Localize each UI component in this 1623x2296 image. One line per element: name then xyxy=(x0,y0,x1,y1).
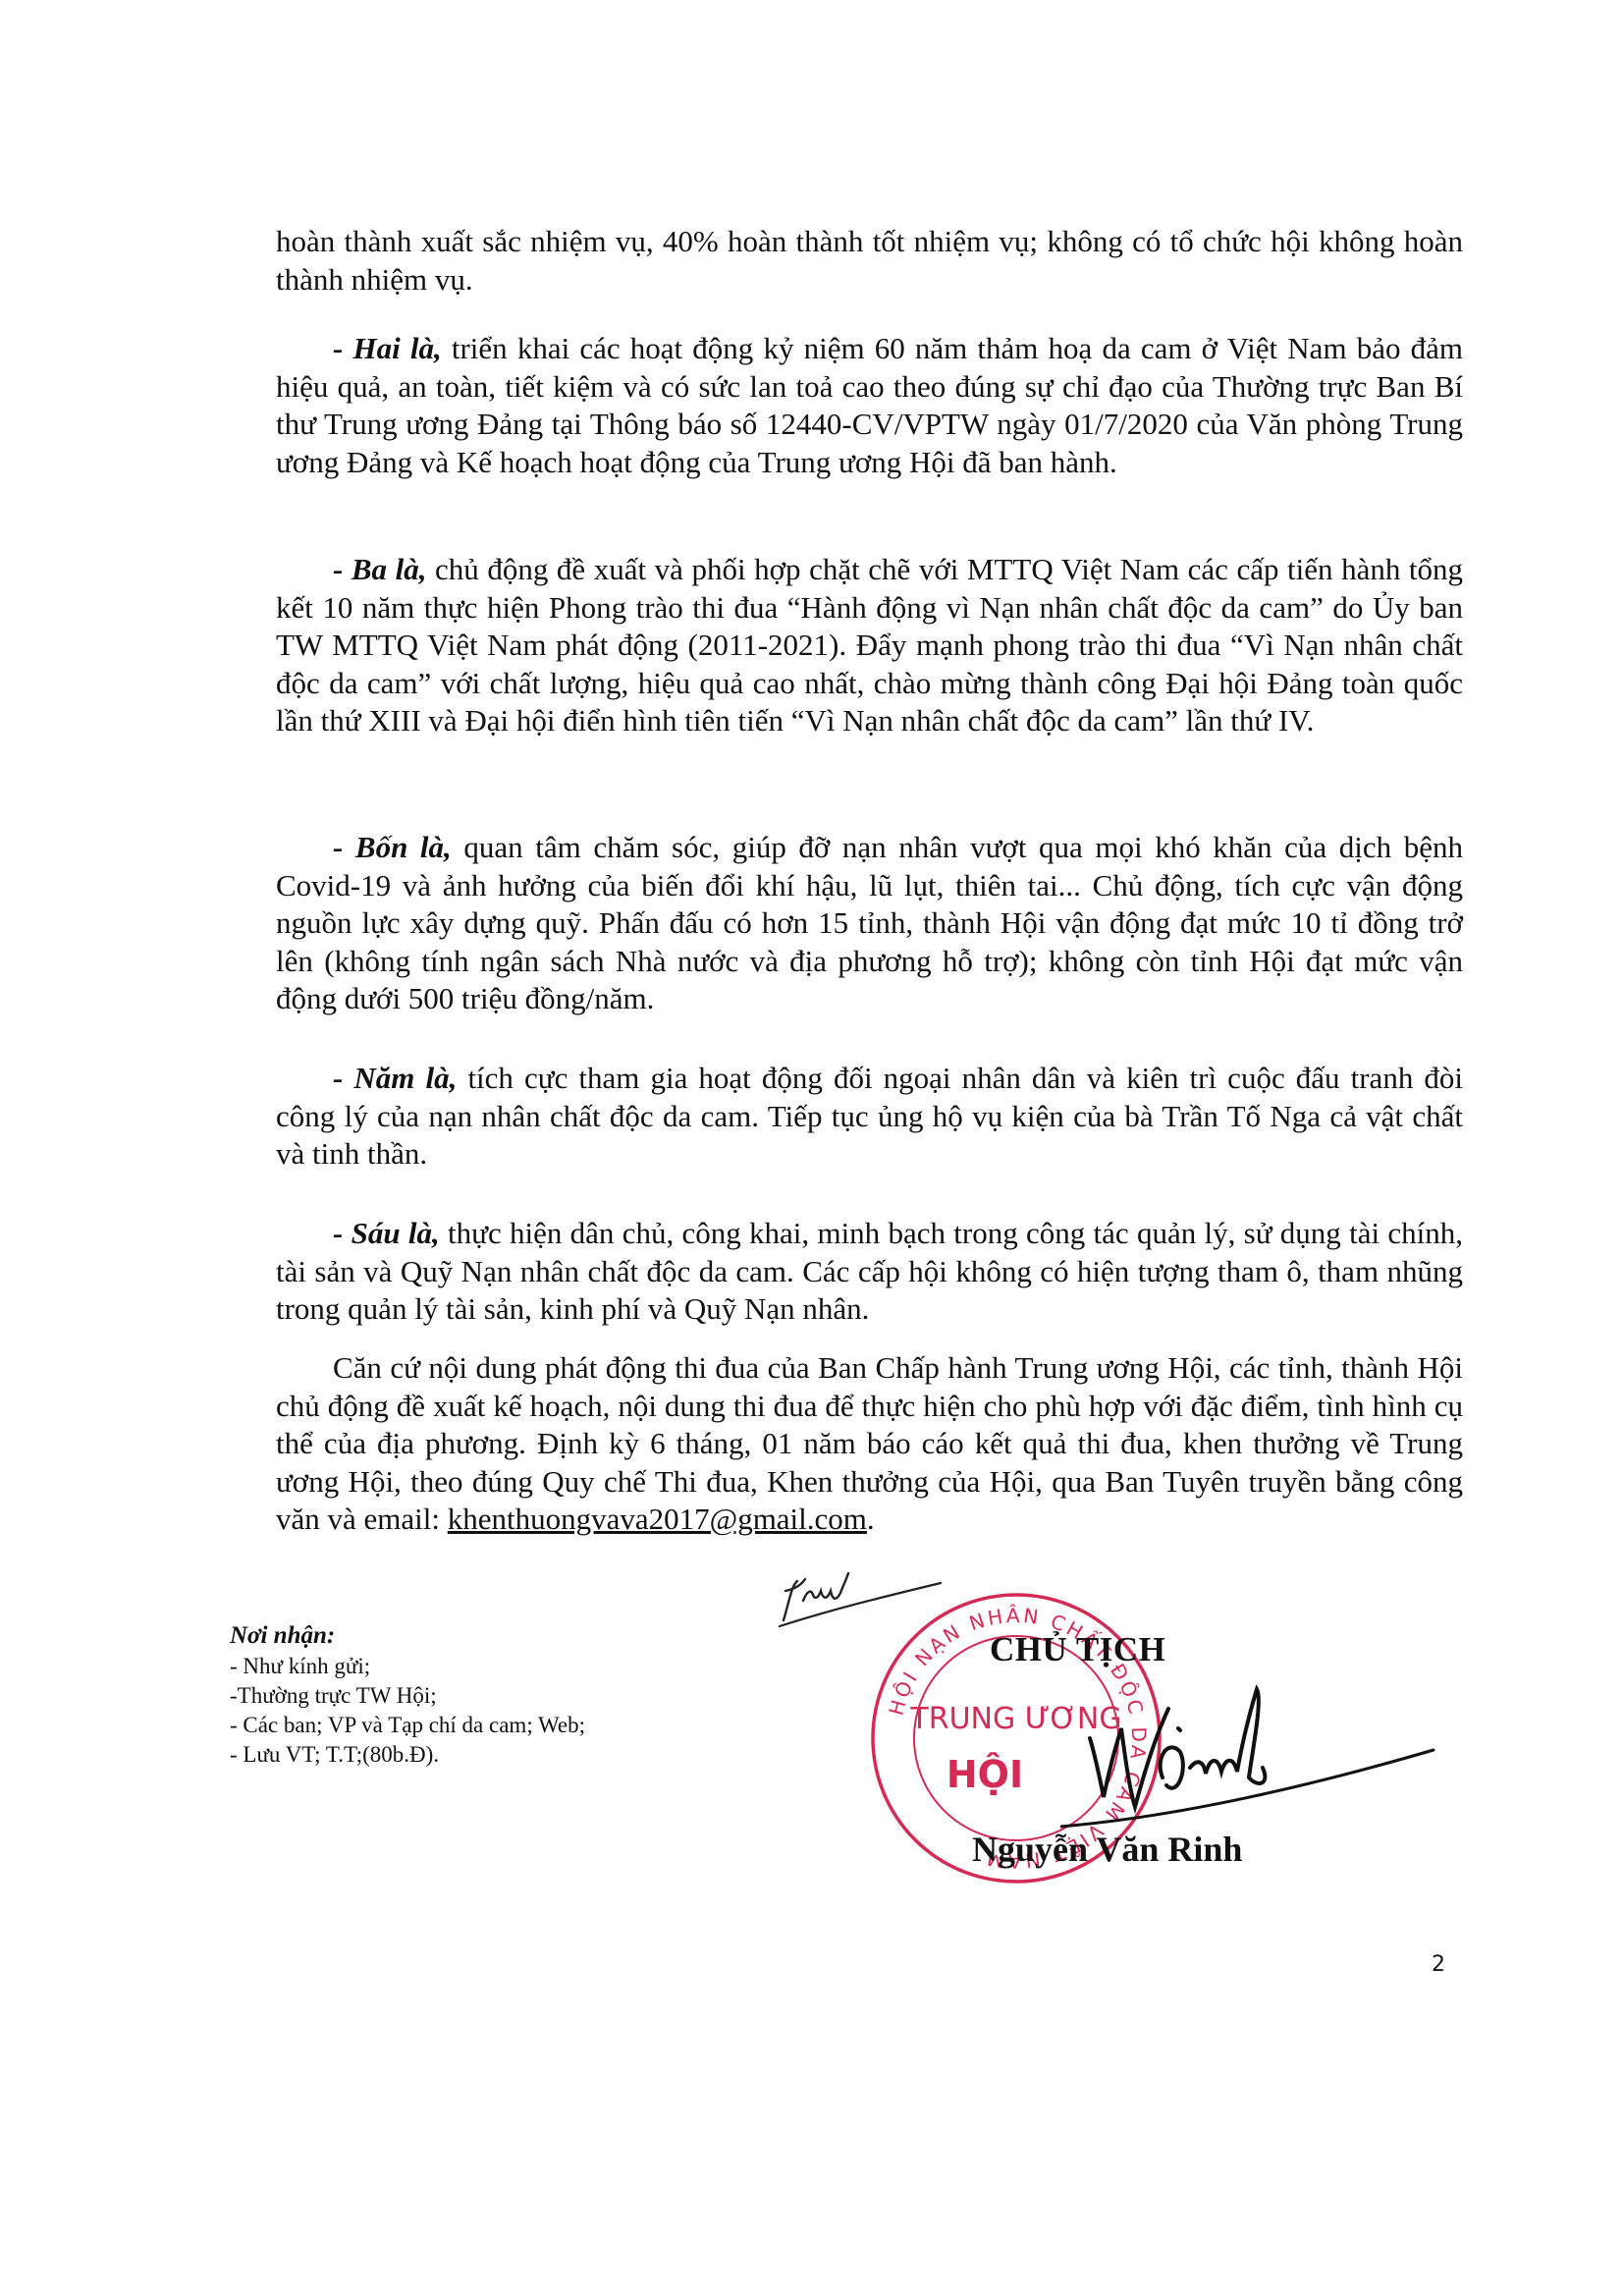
recipient-item: - Như kính gửi; xyxy=(230,1652,585,1681)
recipients-block: Nơi nhận: - Như kính gửi; -Thường trực T… xyxy=(230,1620,585,1770)
closing-period: . xyxy=(867,1502,875,1536)
paragraph-lead: - Ba là, xyxy=(333,552,426,586)
paragraph-lead: - Sáu là, xyxy=(333,1216,440,1250)
paragraph-bon-la: - Bốn là, quan tâm chăm sóc, giúp đỡ nạn… xyxy=(276,829,1463,1018)
paragraph-lead: - Bốn là, xyxy=(333,830,452,864)
paragraph-hai-la: - Hai là, triển khai các hoạt động kỷ ni… xyxy=(276,330,1463,481)
paragraph-text: hoàn thành xuất sắc nhiệm vụ, 40% hoàn t… xyxy=(276,224,1463,297)
recipient-item: - Các ban; VP và Tạp chí da cam; Web; xyxy=(230,1711,585,1740)
signer-title: CHỦ TỊCH xyxy=(990,1630,1165,1669)
signer-name: Nguyễn Văn Rinh xyxy=(972,1829,1242,1870)
paragraph-text: quan tâm chăm sóc, giúp đỡ nạn nhân vượt… xyxy=(276,830,1463,1015)
email-link[interactable]: khenthuongvava2017@gmail.com xyxy=(448,1502,867,1536)
recipients-title: Nơi nhận: xyxy=(230,1620,585,1652)
paragraph-sau-la: - Sáu là, thực hiện dân chủ, công khai, … xyxy=(276,1215,1463,1329)
paragraph-text: thực hiện dân chủ, công khai, minh bạch … xyxy=(276,1216,1463,1326)
paragraph-closing: Căn cứ nội dung phát động thi đua của Ba… xyxy=(276,1349,1463,1539)
paragraph-nam-la: - Năm là, tích cực tham gia hoạt động đố… xyxy=(276,1060,1463,1174)
paragraph-lead: - Hai là, xyxy=(333,331,442,365)
stamp-line2: HỘI xyxy=(947,1753,1023,1796)
handwritten-signature-icon xyxy=(1060,1669,1453,1836)
paragraph-continuation: hoàn thành xuất sắc nhiệm vụ, 40% hoàn t… xyxy=(276,223,1463,299)
page-number: 2 xyxy=(1432,1952,1445,1977)
paragraph-ba-la: - Ba là, chủ động đề xuất và phối hợp ch… xyxy=(276,551,1463,740)
recipient-item: - Lưu VT; T.T;(80b.Đ). xyxy=(230,1740,585,1770)
paragraph-text: triển khai các hoạt động kỷ niệm 60 năm … xyxy=(276,331,1463,479)
recipient-item: -Thường trực TW Hội; xyxy=(230,1681,585,1711)
paragraph-text: chủ động đề xuất và phối hợp chặt chẽ vớ… xyxy=(276,552,1463,738)
paragraph-lead: - Năm là, xyxy=(333,1061,457,1095)
